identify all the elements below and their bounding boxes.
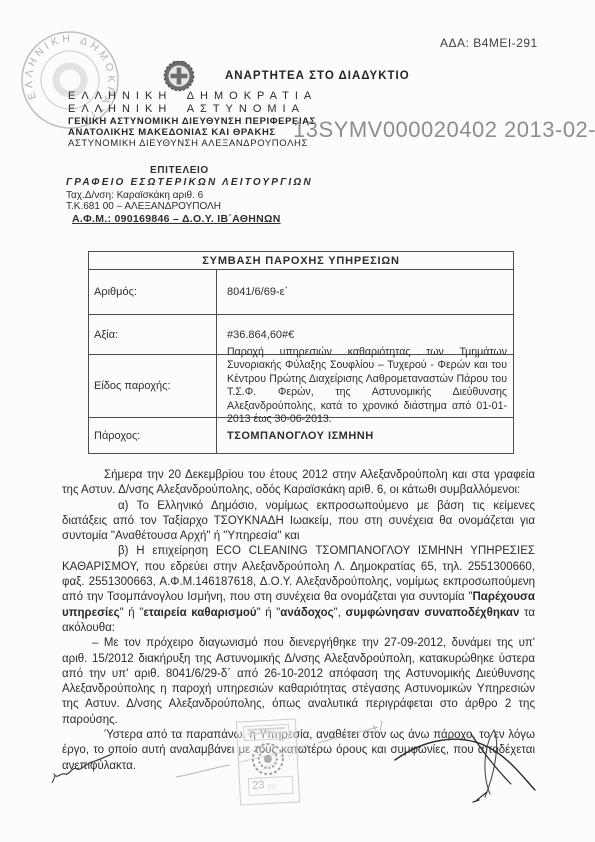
row-label: Είδος παροχής:: [89, 355, 217, 417]
police-emblem-icon: [163, 58, 195, 92]
row-label: Πάροχος:: [89, 418, 217, 453]
stamp-day-number: 23: [252, 779, 265, 792]
row-label: Αξία:: [89, 315, 217, 354]
row-value: Παροχή υπηρεσιών καθαριότητας των Τμημάτ…: [217, 355, 513, 417]
letterhead-general-directorate-1: ΓΕΝΙΚΗ ΑΣΤΥΝΟΜΙΚΗ ΔΙΕΥΘΥΝΣΗ ΠΕΡΙΦΕΡΕΙΑΣ: [68, 116, 316, 127]
row-value: 8041/6/69-ε΄: [217, 270, 513, 314]
letterhead-directorate: ΑΣΤΥΝΟΜΙΚΗ ΔΙΕΥΘΥΝΣΗ ΑΛΕΞΑΝΔΡΟΥΠΟΛΗΣ: [68, 138, 308, 149]
table-row-provider: Πάροχος: ΤΣΟΜΠΑΝΟΓΛΟΥ ΙΣΜΗΝΗ: [89, 417, 513, 453]
ada-code: ΑΔΑ: B4MEI-291: [440, 36, 538, 50]
table-row-number: Αριθμός: 8041/6/69-ε΄: [89, 269, 513, 314]
registry-code: 13SYMV000020402 2013-02-16: [293, 117, 595, 143]
stamp-seal-icon: [249, 740, 287, 778]
contract-table: ΣΥΜΒΑΣΗ ΠΑΡΟΧΗΣ ΥΠΗΡΕΣΙΩΝ Αριθμός: 8041/…: [88, 251, 514, 454]
letterhead-police: ΕΛΛΗΝΙΚΗ ΑΣΤΥΝΟΜΙΑ: [68, 103, 305, 115]
letterhead-office: ΓΡΑΦΕΙΟ ΕΣΩΤΕΡΙΚΩΝ ΛΕΙΤΟΥΡΓΙΩΝ: [66, 177, 313, 188]
paragraph-party-b: β) Η επιχείρηση ECO CLEANING ΤΣΟΜΠΑΝΟΓΛΟ…: [62, 544, 535, 636]
table-row-service-type: Είδος παροχής: Παροχή υπηρεσιών καθαριότ…: [89, 354, 513, 417]
protocol-stamp: 23 ||||: [236, 718, 300, 805]
stamp-date-box: 23 ||||: [248, 776, 294, 796]
scanned-contract-page: ΕΛΛΗΝΙΚΗ ΔΗΜΟΚΡΑΤΙΑ ΑΔΑ: B4MEI-291 ΑΝΑΡΤ…: [0, 0, 595, 842]
letterhead-general-directorate-2: ΑΝΑΤΟΛΙΚΗΣ ΜΑΚΕΔΟΝΙΑΣ ΚΑΙ ΘΡΑΚΗΣ: [68, 127, 276, 138]
letterhead-republic: ΕΛΛΗΝΙΚΗ ΔΗΜΟΚΡΑΤΙΑ: [68, 90, 317, 102]
row-value: ΤΣΟΜΠΑΝΟΓΛΟΥ ΙΣΜΗΝΗ: [217, 418, 513, 453]
signature-left: [50, 742, 120, 784]
letterhead-address: Ταχ.Δ/νση: Καραϊσκάκη αριθ. 6: [66, 190, 203, 201]
contract-table-title: ΣΥΜΒΑΣΗ ΠΑΡΟΧΗΣ ΥΠΗΡΕΣΙΩΝ: [89, 252, 513, 269]
row-label: Αριθμός:: [89, 270, 217, 314]
letterhead-staff: ΕΠΙΤΕΛΕΙΟ: [150, 165, 209, 176]
paragraph-party-a: α) Το Ελληνικό Δημόσιο, νομίμως εκπροσωπ…: [62, 499, 535, 545]
paragraph-intro: Σήμερα την 20 Δεκεμβρίου του έτους 2012 …: [62, 468, 535, 499]
letterhead-postal: Τ.Κ.681 00 – ΑΛΕΞΑΝΔΡΟΥΠΟΛΗ: [66, 201, 221, 212]
letterhead-afm: Α.Φ.Μ.: 090169846 – Δ.Ο.Υ. ΙΒ΄ΑΘΗΝΩΝ: [72, 213, 281, 225]
publish-notice: ΑΝΑΡΤΗΤΕΑ ΣΤΟ ΔΙΑΔΥΚΤΙΟ: [225, 70, 410, 82]
signature-right: [393, 722, 538, 807]
stamp-banner: [243, 724, 290, 741]
